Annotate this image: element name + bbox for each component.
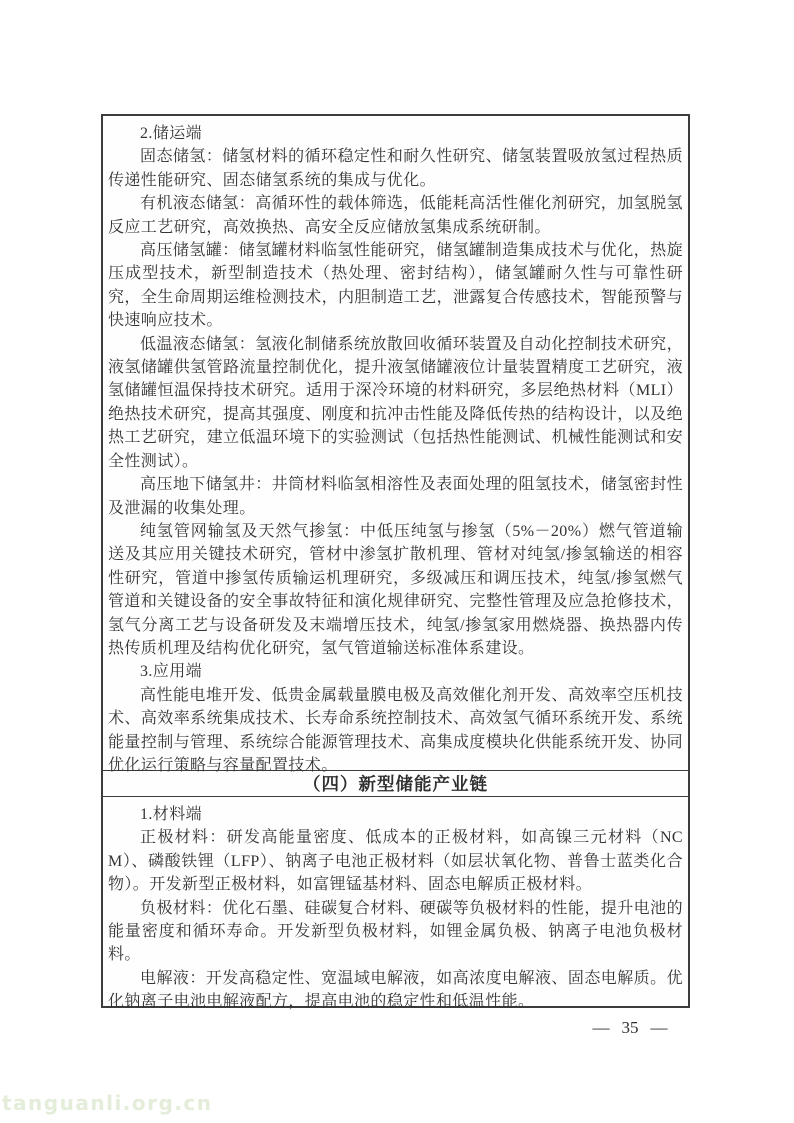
paragraph-underground-hydrogen-well: 高压地下储氢井：井筒材料临氢相溶性及表面处理的阻氢技术，储氢密封性及泄漏的收集处…: [108, 473, 683, 520]
paragraph-solid-hydrogen-storage: 固态储氢：储氢材料的循环稳定性和耐久性研究、储氢装置吸放氢过程热质传递性能研究、…: [108, 145, 683, 192]
page-number-dash-right: —: [651, 1018, 668, 1038]
page-number-dash-left: —: [593, 1018, 610, 1038]
chapter-header-title: （四）新型储能产业链: [303, 771, 488, 796]
paragraph-hydrogen-pipeline-blending: 纯氢管网输氢及天然气掺氢：中低压纯氢与掺氢（5%－20%）燃气管道输送及其应用关…: [108, 520, 683, 660]
section-storage-and-application: 2.储运端 固态储氢：储氢材料的循环稳定性和耐久性研究、储氢装置吸放氢过程热质传…: [103, 116, 688, 771]
paragraph-cryogenic-liquid-hydrogen-storage: 低温液态储氢：氢液化制储系统放散回收循环装置及自动化控制技术研究，液氢储罐供氢管…: [108, 333, 683, 473]
section-heading-materials: 1.材料端: [108, 803, 683, 826]
paragraph-cathode-materials: 正极材料：研发高能量密度、低成本的正极材料，如高镍三元材料（NCM）、磷酸铁锂（…: [108, 826, 683, 896]
paragraph-high-pressure-hydrogen-tank: 高压储氢罐：储氢罐材料临氢性能研究，储氢罐制造集成技术与优化，热旋压成型技术，新…: [108, 239, 683, 333]
chapter-header-new-energy-storage: （四）新型储能产业链: [103, 771, 688, 797]
paragraph-anode-materials: 负极材料：优化石墨、硅碳复合材料、硬碳等负极材料的性能，提升电池的能量密度和循环…: [108, 897, 683, 967]
document-content-table: 2.储运端 固态储氢：储氢材料的循环稳定性和耐久性研究、储氢装置吸放氢过程热质传…: [101, 114, 690, 1008]
page-number-value: 35: [622, 1018, 639, 1038]
section-heading-application: 3.应用端: [108, 660, 683, 683]
paragraph-electrolyte: 电解液：开发高稳定性、宽温域电解液，如高浓度电解液、固态电解质。优化钠离子电池电…: [108, 967, 683, 1014]
paragraph-organic-liquid-hydrogen-storage: 有机液态储氢：高循环性的载体筛选，低能耗高活性催化剂研究，加氢脱氢反应工艺研究，…: [108, 192, 683, 239]
paragraph-application-technologies: 高性能电堆开发、低贵金属载量膜电极及高效催化剂开发、高效率空压机技术、高效率系统…: [108, 684, 683, 778]
page-number: — 35 —: [555, 1018, 705, 1038]
section-materials: 1.材料端 正极材料：研发高能量密度、低成本的正极材料，如高镍三元材料（NCM）…: [103, 797, 688, 1014]
watermark-tanguanli: tanguanli.org.cn: [2, 1091, 213, 1115]
section-heading-storage: 2.储运端: [108, 122, 683, 145]
